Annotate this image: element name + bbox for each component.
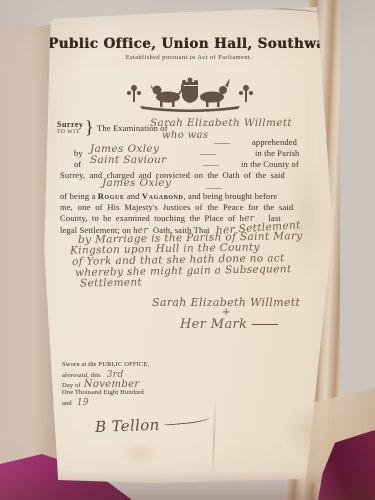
rule-dash: ——	[200, 148, 215, 158]
magistrate-signature: B Tellon	[95, 414, 210, 436]
and-label: and	[62, 400, 72, 407]
sworn-line-1: Sworn at the PUBLIC OFFICE,	[62, 361, 149, 368]
rogue-mid: and	[125, 191, 142, 201]
page-stain	[286, 150, 326, 280]
by-label: by	[74, 148, 83, 158]
sworn-line-4: One Thousand Eight Hundred	[62, 389, 144, 396]
royal-coat-of-arms-icon	[112, 74, 268, 114]
book-bottom-shadow	[0, 470, 375, 500]
examinee-name-hand: Sarah Elizabeth Willmett	[150, 117, 292, 129]
magistrate-signature-text: B Tellon	[95, 416, 160, 436]
testimony-line: Settlement	[80, 276, 142, 289]
signature-flourish	[163, 415, 209, 426]
brace: }	[85, 117, 94, 138]
rule-dash: ——	[214, 137, 229, 147]
page-crease	[212, 395, 217, 480]
officer-name-hand-2: James Oxley	[102, 177, 171, 189]
vagabond-word: Vagabond	[142, 191, 184, 201]
her-mark-line: Her Mark	[180, 317, 278, 332]
photo-scene: Public Office, Union Hall, Southwark. Es…	[0, 0, 375, 500]
rogue-post: , and being brought before	[183, 191, 277, 201]
her-mark-label: Her Mark	[180, 317, 247, 332]
rogue-word: Rogue	[98, 191, 125, 201]
county-label: Surrey	[57, 120, 83, 129]
in-the-county-label: in the County of	[241, 159, 299, 169]
mark-rule	[252, 324, 278, 325]
parish-name-hand: Saint Saviour	[90, 154, 167, 166]
document-title: Public Office, Union Hall, Southwark.	[48, 36, 330, 52]
rogue-pre: of being a	[60, 191, 98, 201]
in-the-parish-label: in the Parish	[255, 148, 299, 158]
document-subtitle: Established pursuant to Act of Parliamen…	[48, 54, 330, 61]
apprehended-label: apprehended	[252, 137, 297, 147]
sworn-line-5: and19	[62, 398, 89, 408]
year-hand: 19	[77, 398, 89, 408]
who-was-hand: who was	[162, 130, 208, 141]
convicted-line: Surrey, and charged and convicted on the…	[60, 170, 285, 180]
day-of-label: Day of	[62, 382, 81, 389]
rule-dash: ——	[203, 159, 218, 169]
to-wit-label: TO WIT.	[57, 129, 81, 135]
aforesaid-label: aforesaid, this	[62, 372, 101, 379]
place-of-pre: County, to be examined touching the Plac…	[60, 213, 244, 223]
justices-line: me, one of His Majesty's Justices of the…	[60, 202, 293, 212]
of-label: of	[74, 159, 81, 169]
page-stain	[120, 440, 160, 466]
rogue-vagabond-line: of being a Rogue and Vagabond, and being…	[60, 191, 277, 201]
